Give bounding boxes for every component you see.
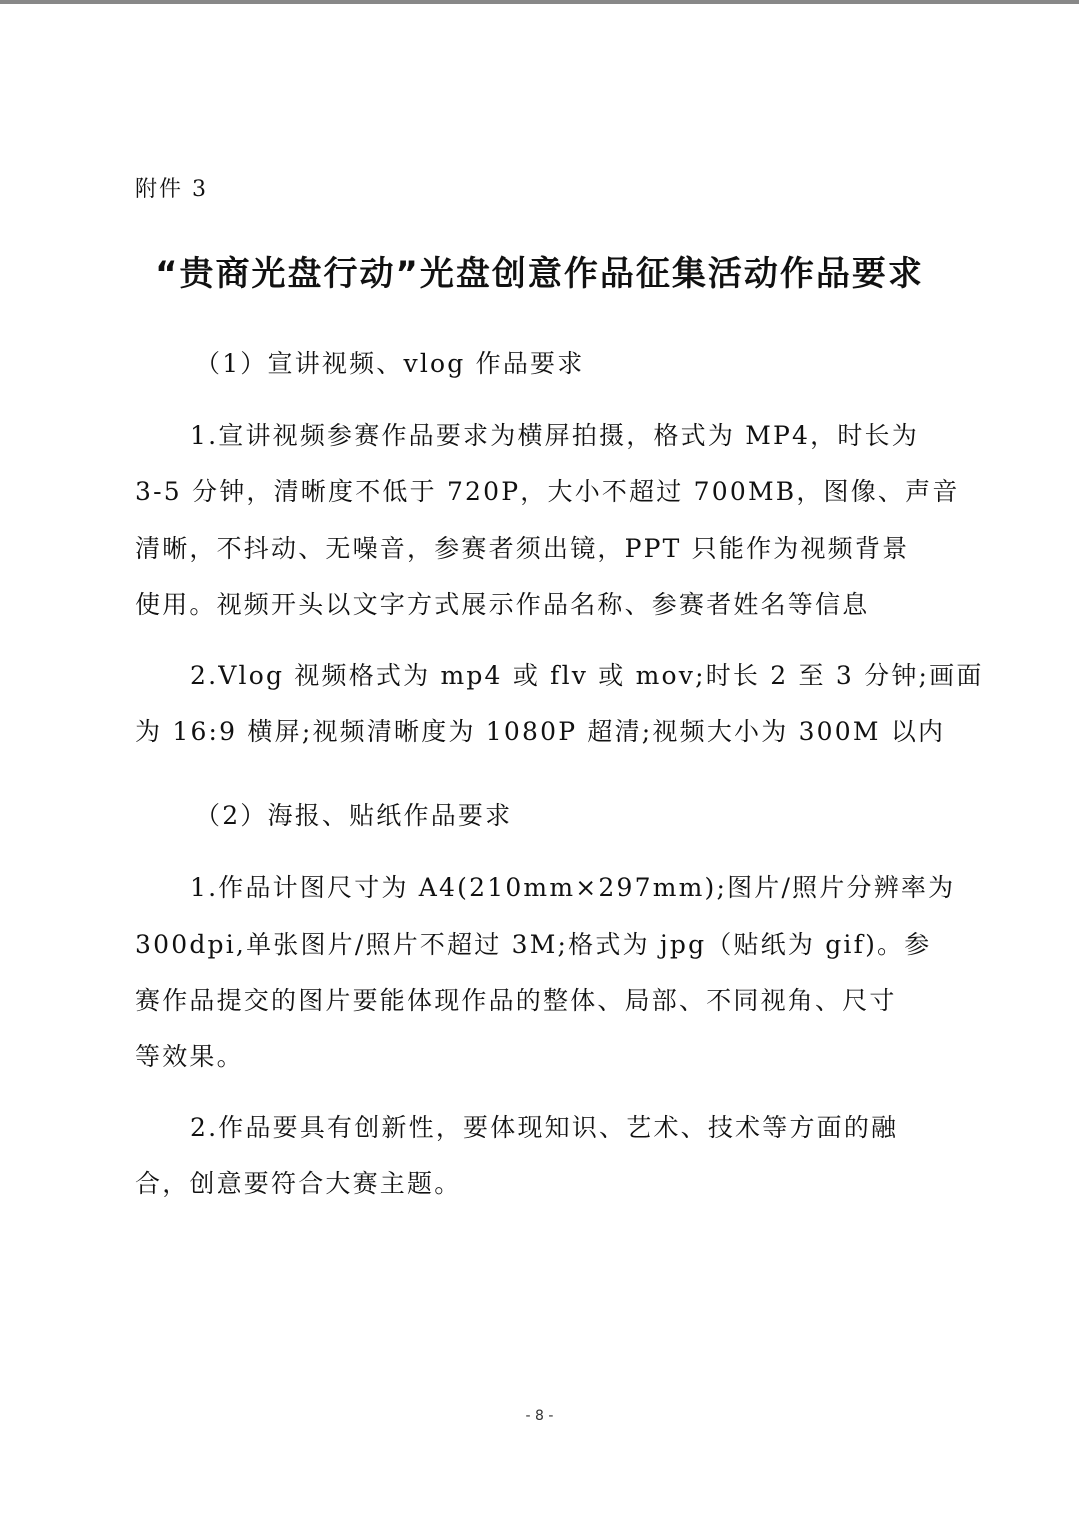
paragraph-line: 为 16:9 横屏;视频清晰度为 1080P 超清;视频大小为 300M 以内 — [135, 712, 955, 748]
paragraph-line: 使用。视频开头以文字方式展示作品名称、参赛者姓名等信息 — [135, 585, 955, 621]
document-page: 附件 3 “贵商光盘行动”光盘创意作品征集活动作品要求 （1）宣讲视频、vlog… — [0, 0, 1079, 1528]
paragraph-line: 2.作品要具有创新性，要体现知识、艺术、技术等方面的融 — [190, 1108, 1010, 1144]
paragraph-line: 等效果。 — [135, 1037, 955, 1073]
paragraph-line: 合，创意要符合大赛主题。 — [135, 1164, 955, 1200]
section-heading-2: （2）海报、贴纸作品要求 — [195, 796, 1015, 832]
paragraph-line: 赛作品提交的图片要能体现作品的整体、局部、不同视角、尺寸 — [135, 981, 955, 1017]
section-heading-1: （1）宣讲视频、vlog 作品要求 — [195, 344, 1015, 380]
paragraph-line: 3-5 分钟，清晰度不低于 720P，大小不超过 700MB，图像、声音 — [135, 472, 955, 508]
attachment-label: 附件 3 — [135, 172, 208, 203]
paragraph-line: 300dpi,单张图片/照片不超过 3M;格式为 jpg（贴纸为 gif)。参 — [135, 925, 955, 961]
paragraph-line: 1.作品计图尺寸为 A4(210mm×297mm);图片/照片分辨率为 — [190, 868, 1010, 904]
paragraph-line: 2.Vlog 视频格式为 mp4 或 flv 或 mov;时长 2 至 3 分钟… — [190, 656, 1010, 692]
page-number: - 8 - — [0, 1408, 1079, 1424]
paragraph-line: 清晰，不抖动、无噪音，参赛者须出镜，PPT 只能作为视频背景 — [135, 529, 955, 565]
document-title: “贵商光盘行动”光盘创意作品征集活动作品要求 — [0, 246, 1079, 295]
paragraph-line: 1.宣讲视频参赛作品要求为横屏拍摄，格式为 MP4，时长为 — [190, 416, 1010, 452]
